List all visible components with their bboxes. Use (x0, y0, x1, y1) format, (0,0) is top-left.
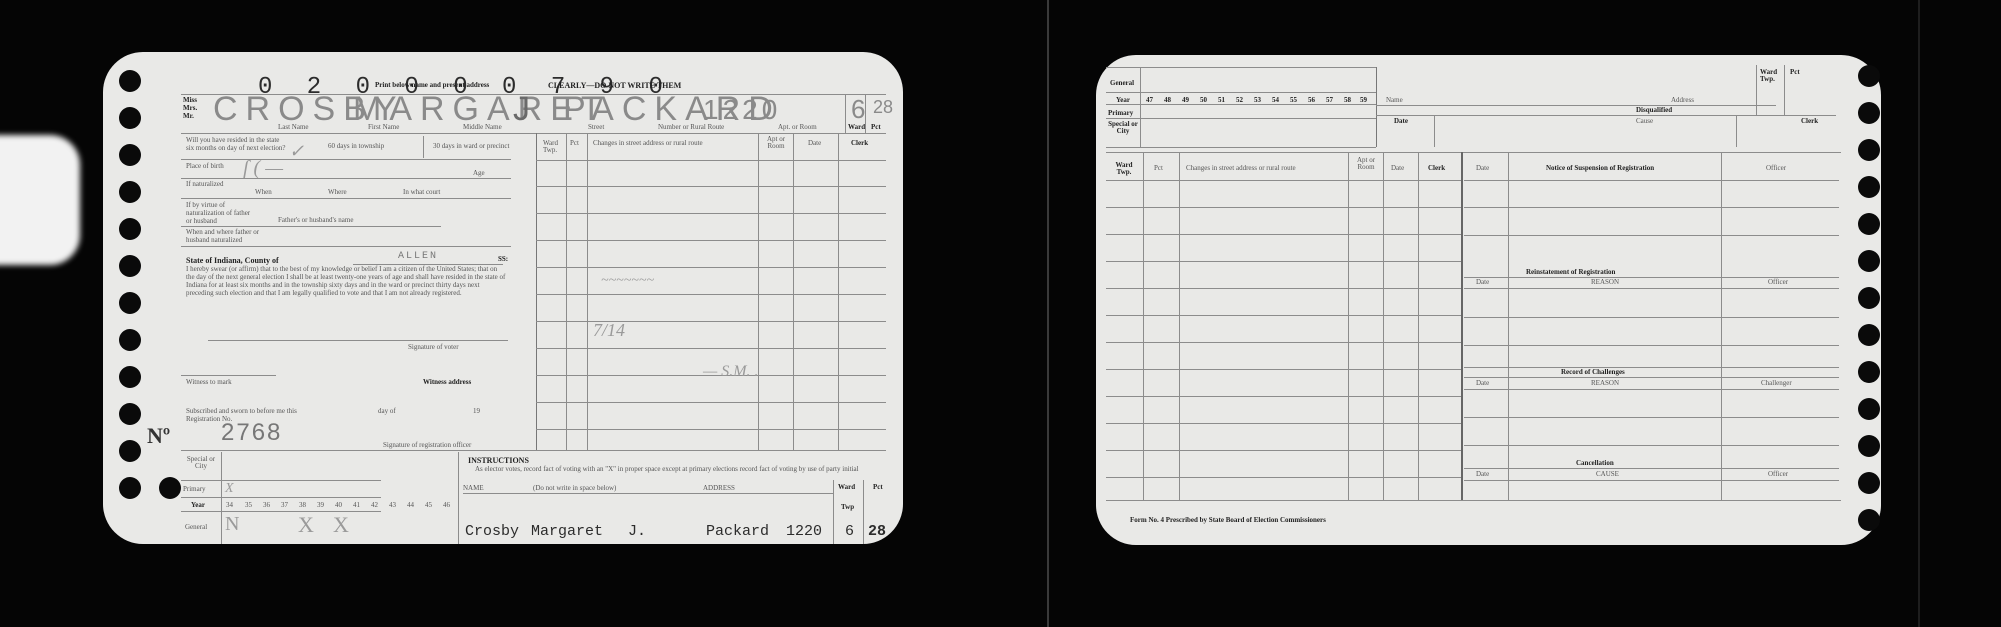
rule (1418, 152, 1419, 500)
scan-glare (0, 135, 80, 265)
label-last-name: Last Name (278, 124, 309, 131)
label-address: ADDRESS (703, 485, 735, 492)
year-cell: 52 (1236, 97, 1243, 104)
salutation-mrs: Mrs. (183, 105, 197, 112)
label-ward: Ward (848, 124, 865, 131)
year-cell: 35 (245, 502, 252, 509)
punch-hole (119, 107, 141, 129)
header-instruction: CLEARLY—DO NOT WRITE THEM (548, 82, 681, 90)
row-label-year: Year (1116, 97, 1130, 104)
year-cell: 51 (1218, 97, 1225, 104)
typed-first-name: Margaret (531, 524, 603, 539)
punch-hole (119, 440, 141, 462)
signature-voter-line[interactable] (208, 340, 508, 341)
punch-hole (119, 218, 141, 240)
table-row (536, 402, 886, 403)
year-cell: 41 (353, 502, 360, 509)
challenges-title: Record of Challenges (1561, 369, 1625, 376)
challenges-date: Date (1476, 380, 1489, 387)
rule (1464, 445, 1839, 446)
table-row (536, 240, 886, 241)
header-ward-twp: Ward Twp. (543, 140, 563, 154)
rule (1464, 317, 1839, 318)
reinstatement-reason: REASON (1591, 279, 1619, 286)
label-do-not-write: (Do not write in space below) (533, 485, 616, 492)
label-signature-voter: Signature of voter (408, 344, 459, 351)
rule (181, 246, 511, 247)
rule (1179, 152, 1180, 500)
header-clerk: Clerk (1428, 165, 1445, 172)
general-mark-40: X (333, 514, 349, 536)
scan-edge-line (1918, 0, 1920, 627)
label-year-19: 19 (473, 408, 480, 415)
row-label-general: General (1110, 80, 1134, 87)
label-apt: Apt. or Room (778, 124, 817, 131)
year-cell: 34 (226, 502, 233, 509)
year-cell: 53 (1254, 97, 1261, 104)
rule (1106, 500, 1841, 501)
row-label-general: General (185, 524, 207, 531)
rule (1348, 152, 1349, 500)
year-cell: 45 (425, 502, 432, 509)
year-cell: 57 (1326, 97, 1333, 104)
punch-hole (1858, 361, 1880, 383)
row-label-year: Year (191, 502, 205, 509)
handwritten-middle-initial: J (513, 92, 538, 126)
year-cell: 54 (1272, 97, 1279, 104)
rule (1464, 468, 1839, 469)
instructions-title: INSTRUCTIONS (468, 457, 529, 465)
punch-hole (119, 292, 141, 314)
header-date: Date (808, 140, 821, 147)
general-mark-34: N (225, 514, 239, 534)
rule (1464, 417, 1839, 418)
punch-hole (1858, 213, 1880, 235)
table-row (536, 429, 886, 430)
suspension-date: Date (1476, 165, 1489, 172)
year-cell: 39 (317, 502, 324, 509)
handwritten-pct: 28 (873, 98, 893, 116)
year-cell: 59 (1360, 97, 1367, 104)
punch-hole (1858, 250, 1880, 272)
rule (1143, 152, 1144, 500)
pencil-note-1: ~~~~~~~ (601, 274, 654, 288)
label-middle-name: Middle Name (463, 124, 502, 131)
q-township: 60 days in township (328, 142, 388, 150)
rule (1464, 389, 1839, 390)
rule (1106, 92, 1376, 93)
rule (1464, 207, 1839, 208)
rule (1508, 152, 1509, 500)
header-ward-twp: Ward Twp. (1112, 162, 1136, 176)
header-pct: Pct (570, 140, 579, 147)
table-row (1106, 207, 1461, 208)
label-where: Where (328, 189, 347, 196)
suspension-officer: Officer (1766, 165, 1786, 172)
state-of-indiana-label: State of Indiana, County of (186, 257, 279, 265)
table-row (1106, 342, 1461, 343)
pencil-note-2: — S.M. . (703, 364, 759, 380)
pencil-place-of-birth: ſ ( — (243, 158, 283, 178)
cancellation-officer: Officer (1768, 471, 1788, 478)
label-when: When (255, 189, 272, 196)
punch-hole (119, 144, 141, 166)
punch-hole (1858, 398, 1880, 420)
rule (1461, 152, 1463, 500)
rule (845, 94, 846, 134)
table-row (1106, 423, 1461, 424)
table-row (1106, 288, 1461, 289)
punch-hole (1858, 324, 1880, 346)
punch-hole (119, 255, 141, 277)
rule (463, 493, 833, 494)
oath-text: I hereby swear (or affirm) that to the b… (186, 265, 506, 297)
reinstatement-date: Date (1476, 279, 1489, 286)
table-row (536, 267, 886, 268)
typed-last-name: Crosby (465, 524, 519, 539)
rule (181, 133, 886, 134)
reinstatement-officer: Officer (1768, 279, 1788, 286)
instructions-text: As elector votes, record fact of voting … (475, 465, 885, 473)
cancellation-title: Cancellation (1576, 460, 1614, 467)
label-father-naturalized: When and where father or husband natural… (186, 228, 261, 244)
rule (1106, 147, 1376, 148)
rule (1106, 67, 1376, 68)
punch-hole (119, 366, 141, 388)
q-resided-state: Will you have resided in the state six m… (186, 136, 286, 152)
rule (181, 375, 276, 376)
form-footer: Form No. 4 Prescribed by State Board of … (1130, 517, 1326, 524)
punch-hole (1858, 65, 1880, 87)
rule (1376, 115, 1836, 116)
reinstatement-title: Reinstatement of Registration (1526, 269, 1615, 276)
label-day-of: day of (378, 408, 396, 415)
rule (833, 480, 834, 544)
table-row (1106, 450, 1461, 451)
punch-hole (1858, 435, 1880, 457)
punch-hole (119, 477, 141, 499)
label-first-name: First Name (368, 124, 399, 131)
label-witness-mark: Witness to mark (186, 379, 232, 386)
rule (863, 480, 864, 544)
punch-hole (1858, 176, 1880, 198)
punch-hole (1858, 102, 1880, 124)
punch-hole (1858, 472, 1880, 494)
rule (181, 450, 886, 451)
disqualified-clerk: Clerk (1801, 118, 1818, 125)
label-witness-address: Witness address (423, 379, 471, 386)
punch-hole (1858, 509, 1880, 531)
rule (1784, 65, 1785, 115)
typed-pct: 28 (868, 524, 886, 539)
year-cell: 48 (1164, 97, 1171, 104)
label-pct-footer: Pct (873, 484, 883, 491)
label-address: Address (1671, 97, 1694, 104)
rule (1434, 115, 1435, 147)
label-virtue: If by virtue of naturalization of father… (186, 201, 256, 225)
challenges-challenger: Challenger (1761, 380, 1792, 387)
label-court: In what court (403, 189, 440, 196)
cancellation-cause: CAUSE (1596, 471, 1619, 478)
left-card-front: 0 2 0 0 0 0 7 9 0 Print below name and p… (103, 52, 903, 544)
scan-divider (1047, 0, 1049, 627)
rule (1464, 345, 1839, 346)
handwritten-ward: 6 (851, 96, 865, 122)
typed-ward: 6 (845, 524, 854, 539)
rule (1464, 480, 1839, 481)
label-twp-footer: Twp (841, 504, 854, 511)
table-row (1106, 396, 1461, 397)
punch-hole (1858, 139, 1880, 161)
rule (423, 136, 424, 158)
punch-hole (1858, 287, 1880, 309)
table-row (1106, 369, 1461, 370)
rule (181, 226, 441, 227)
rule (1376, 105, 1776, 106)
label-place-of-birth: Place of birth (186, 162, 226, 170)
year-cell: 40 (335, 502, 342, 509)
year-cell: 50 (1200, 97, 1207, 104)
year-cell: 46 (443, 502, 450, 509)
year-cell: 36 (263, 502, 270, 509)
label-father-name: Father's or husband's name (278, 217, 353, 224)
header-clerk: Clerk (851, 140, 868, 147)
table-row (536, 213, 886, 214)
table-row (536, 321, 886, 322)
rule (1464, 180, 1839, 181)
label-name: NAME (463, 485, 484, 492)
rule (1140, 67, 1141, 147)
year-cell: 37 (281, 502, 288, 509)
rule (1464, 367, 1839, 368)
challenges-reason: REASON (1591, 380, 1619, 387)
rule (181, 511, 381, 512)
rule (865, 94, 866, 134)
year-cell: 42 (371, 502, 378, 509)
year-cell: 55 (1290, 97, 1297, 104)
year-cell: 56 (1308, 97, 1315, 104)
pencil-note-date: 7/14 (593, 320, 613, 340)
year-cell: 44 (407, 502, 414, 509)
label-age: Age (473, 170, 485, 177)
county-name: ALLEN (398, 252, 438, 262)
disqualified-title: Disqualified (1636, 107, 1672, 114)
header-pct: Pct (1154, 165, 1163, 172)
header-apt-room: Apt or Room (1352, 157, 1380, 171)
table-row (1106, 477, 1461, 478)
rule (1106, 152, 1841, 153)
table-row (1106, 234, 1461, 235)
typed-middle-initial: J. (628, 524, 646, 539)
typed-number: 1220 (786, 524, 822, 539)
table-row (536, 294, 886, 295)
number-badge: Nº (147, 425, 170, 447)
table-row (536, 160, 886, 161)
label-naturalized: If naturalized (186, 180, 231, 188)
rule (181, 497, 381, 498)
year-cell: 47 (1146, 97, 1153, 104)
table-row (536, 186, 886, 187)
punch-hole (119, 70, 141, 92)
header-instruction-pre: Print below name and present address (375, 82, 489, 89)
right-card-back: General Year Primary Special or City 47 … (1096, 55, 1881, 545)
label-street: Street (588, 124, 604, 131)
rule (181, 159, 511, 160)
cancellation-date: Date (1476, 471, 1489, 478)
label-pct: Pct (871, 124, 881, 131)
suspension-title: Notice of Suspension of Registration (1546, 165, 1654, 172)
header-apt-room: Apt or Room (763, 136, 789, 150)
label-ward-twp: Ward Twp. (1760, 69, 1782, 83)
label-name: Name (1386, 97, 1403, 104)
rule (1464, 377, 1839, 378)
label-subscribed: Subscribed and sworn to before me this (186, 408, 297, 415)
rule (1383, 152, 1384, 500)
rule (1464, 288, 1839, 289)
row-label-special-city: Special or City (1108, 121, 1138, 135)
header-changes: Changes in street address or rural route (1186, 165, 1296, 172)
rule (1106, 104, 1376, 105)
rule (458, 452, 459, 544)
rule (1756, 65, 1757, 115)
disqualified-cause: Cause (1636, 118, 1653, 125)
salutation-miss: Miss (183, 97, 197, 104)
row-label-special-city: Special or City (183, 456, 219, 470)
rule (1464, 235, 1839, 236)
label-pct: Pct (1790, 69, 1800, 76)
label-ward-footer: Ward (838, 484, 855, 491)
table-row (1106, 180, 1461, 181)
rule (221, 452, 222, 544)
primary-mark-34: X (225, 482, 234, 496)
salutation-mr: Mr. (183, 113, 194, 120)
year-cell: 58 (1344, 97, 1351, 104)
typed-street: Packard (706, 524, 769, 539)
year-cell: 43 (389, 502, 396, 509)
row-label-primary: Primary (1108, 110, 1133, 117)
rule (1721, 152, 1722, 500)
rule (181, 178, 511, 179)
header-date: Date (1391, 165, 1404, 172)
q-ward-precinct: 30 days in ward or precinct (433, 142, 523, 150)
table-row (536, 348, 886, 349)
label-signature-officer: Signature of registration officer (383, 442, 471, 449)
punch-hole (119, 181, 141, 203)
punch-hole (119, 403, 141, 425)
row-label-primary: Primary (183, 486, 206, 493)
rule (1736, 115, 1737, 147)
disqualified-date: Date (1394, 118, 1408, 125)
pencil-mark: ✓ (289, 142, 304, 160)
general-mark-38: X (298, 514, 314, 536)
handwritten-number: 1220 (703, 96, 781, 124)
rule (1376, 67, 1377, 147)
punch-hole (159, 477, 181, 499)
punch-hole (119, 329, 141, 351)
year-cell: 38 (299, 502, 306, 509)
ss-label: SS: (498, 256, 508, 263)
table-row (1106, 315, 1461, 316)
registration-number: 2768 (221, 421, 282, 445)
rule (181, 480, 381, 481)
header-changes: Changes in street address or rural route (593, 140, 703, 147)
table-row (1106, 261, 1461, 262)
rule (1106, 118, 1376, 119)
year-cell: 49 (1182, 97, 1189, 104)
label-number: Number or Rural Route (658, 124, 724, 131)
rule (181, 198, 511, 199)
